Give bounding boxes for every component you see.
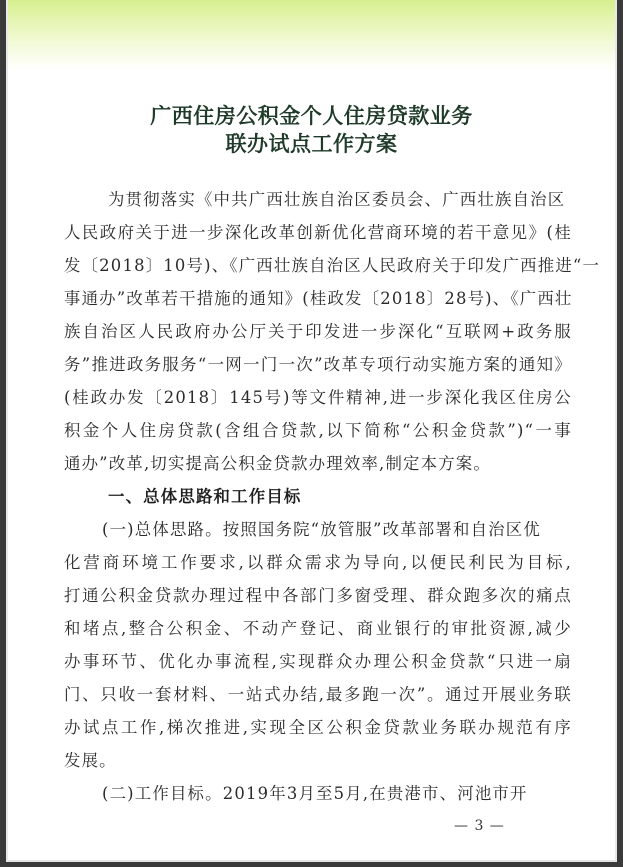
paragraph-line: 务”推进政务服务“一网一门一次”改革专项行动实施方案的通知》	[64, 355, 572, 375]
document-page: 广西住房公积金个人住房贷款业务 联办试点工作方案 为贯彻落实《中共广西壮族自治区…	[6, 0, 617, 862]
document-title-line-2: 联办试点工作方案	[8, 128, 615, 158]
paragraph-line: (桂政办发〔2018〕145号)等文件精神,进一步深化我区住房公	[64, 388, 572, 408]
paragraph-line: 化营商环境工作要求,以群众需求为导向,以便民利民为目标,	[64, 553, 572, 573]
paragraph-line: 事通办”改革若干措施的通知》(桂政发〔2018〕28号)、《广西壮	[64, 289, 572, 309]
paragraph-line: 积金个人住房贷款(含组合贷款,以下简称“公积金贷款”)“一事	[64, 421, 572, 441]
paragraph-line: (一)总体思路。按照国务院“放管服”改革部署和自治区优	[102, 520, 572, 540]
paragraph-line: 人民政府关于进一步深化改革创新优化营商环境的若干意见》(桂	[64, 223, 572, 243]
paragraph-line: 族自治区人民政府办公厅关于印发进一步深化“互联网+政务服	[64, 322, 572, 342]
paragraph-line: 打通公积金贷款办理过程中各部门多窗受理、群众跑多次的痛点	[64, 586, 572, 606]
paragraph-line: 发〔2018〕10号)、《广西壮族自治区人民政府关于印发广西推进“一	[64, 256, 572, 276]
section-heading: 一、总体思路和工作目标	[108, 487, 616, 507]
paragraph-line: 办试点工作,梯次推进,实现全区公积金贷款业务联办规范有序	[64, 718, 572, 738]
paragraph-line: (二)工作目标。2019年3月至5月,在贵港市、河池市开	[102, 784, 572, 804]
paragraph-line: 发展。	[64, 751, 572, 771]
page-number: — 3 —	[454, 818, 505, 834]
paragraph-line: 门、只收一套材料、一站式办结,最多跑一次”。通过开展业务联	[64, 685, 572, 705]
paragraph-line: 办事环节、优化办事流程,实现群众办理公积金贷款“只进一扇	[64, 652, 572, 672]
document-title-line-1: 广西住房公积金个人住房贷款业务	[8, 100, 615, 130]
paragraph-line: 通办”改革,切实提高公积金贷款办理效率,制定本方案。	[64, 454, 572, 474]
paragraph-line: 和堵点,整合公积金、不动产登记、商业银行的审批资源,减少	[64, 619, 572, 639]
paragraph-line: 为贯彻落实《中共广西壮族自治区委员会、广西壮族自治区	[108, 190, 572, 210]
